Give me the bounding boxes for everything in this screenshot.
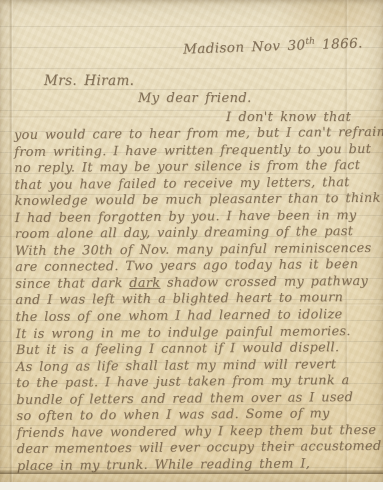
opening-phrase: I don't know that	[226, 110, 351, 125]
underlined-word: dark	[129, 276, 160, 291]
letter-body: you would care to hear from me, but I ca…	[14, 125, 381, 476]
paper-bottom-edge	[0, 470, 383, 474]
letter-scan: Madison Nov 30th 1866. Mrs. Hiram. My de…	[0, 0, 383, 490]
dateline-year: 1866.	[315, 35, 363, 53]
underline-line-pre: since that dark	[15, 276, 129, 292]
left-fold-crease	[9, 0, 13, 482]
scanner-background-strip	[0, 482, 383, 490]
letter-paper: Madison Nov 30th 1866. Mrs. Hiram. My de…	[0, 0, 383, 482]
addressee-line: Mrs. Hiram.	[44, 73, 134, 89]
underline-line-post: shadow crossed my pathway	[160, 274, 368, 291]
dateline-ordinal: th	[305, 37, 315, 47]
dateline: Madison Nov 30th 1866.	[183, 35, 363, 58]
salutation-line: My dear friend.	[138, 91, 252, 106]
dateline-place-date: Madison Nov 30	[183, 37, 306, 57]
